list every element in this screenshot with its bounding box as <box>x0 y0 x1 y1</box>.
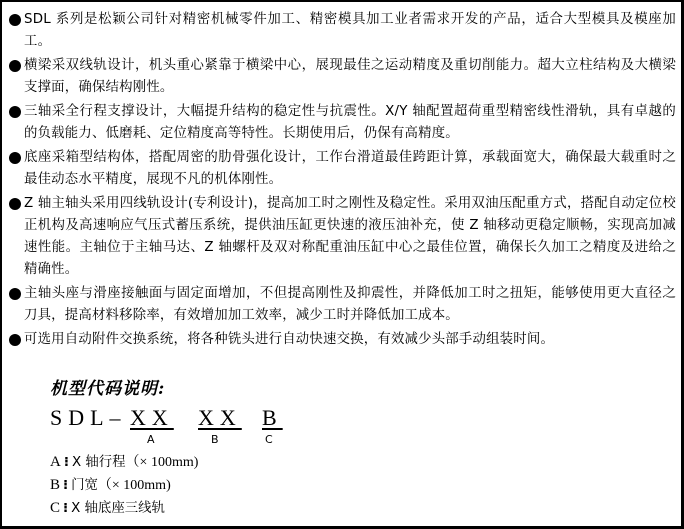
bullet-icon <box>9 198 21 210</box>
feature-item: 底座采箱型结构体，搭配周密的肋骨强化设计，工作台滑道最佳跨距计算，承载面宽大，确… <box>8 147 676 191</box>
feature-text: SDL 系列是松颖公司针对精密机械零件加工、精密模具加工业者需求开发的产品，适合… <box>24 12 676 49</box>
bullet-icon <box>9 334 21 346</box>
segment-label-a: A <box>147 433 155 446</box>
feature-text: 横梁采双线轨设计，机头重心紧靠于横梁中心，展现最佳之运动精度及重切削能力。超大立… <box>24 58 676 95</box>
legend-key: A <box>50 454 61 470</box>
model-code-labels: A B C <box>50 430 198 448</box>
model-code-segment-b: XX <box>198 406 242 430</box>
feature-item: Z 轴主轴头采用四线轨设计(专利设计)，提高加工时之刚性及稳定性。采用双油压配重… <box>8 193 676 281</box>
model-code-legend: A⁝X 轴行程（× 100mm) B⁝门宽（× 100mm) C⁝X 轴底座三线… <box>50 451 198 520</box>
colon-icon: ⁝ <box>64 455 69 470</box>
model-code-title: 机型代码说明: <box>50 376 198 402</box>
bullet-icon <box>9 106 21 118</box>
legend-unit: （× 100mm) <box>98 478 171 493</box>
document-frame: SDL 系列是松颖公司针对精密机械零件加工、精密模具加工业者需求开发的产品，适合… <box>0 0 684 529</box>
legend-desc: X 轴行程 <box>72 455 126 470</box>
feature-text: 可选用自动附件交换系统，将各种铣头进行自动快速交换，有效减少头部手动组装时间。 <box>24 332 554 347</box>
legend-row: A⁝X 轴行程（× 100mm) <box>50 451 198 474</box>
feature-text: Z 轴主轴头采用四线轨设计(专利设计)，提高加工时之刚性及稳定性。采用双油压配重… <box>24 196 676 277</box>
bullet-icon <box>9 14 21 26</box>
bullet-icon <box>9 60 21 72</box>
bullet-icon <box>9 288 21 300</box>
feature-item: 三轴采全行程支撑设计，大幅提升结构的稳定性与抗震性。X/Y 轴配置超荷重型精密线… <box>8 101 676 145</box>
feature-text: 三轴采全行程支撑设计，大幅提升结构的稳定性与抗震性。X/Y 轴配置超荷重型精密线… <box>24 104 676 141</box>
legend-desc: 门宽 <box>71 478 98 493</box>
legend-key: B <box>50 477 60 493</box>
legend-key: C <box>50 500 60 516</box>
feature-item: 横梁采双线轨设计，机头重心紧靠于横梁中心，展现最佳之运动精度及重切削能力。超大立… <box>8 55 676 99</box>
legend-row: C⁝X 轴底座三线轨 <box>50 497 198 520</box>
feature-item: 主轴头座与滑座接触面与固定面增加，不但提高刚性及抑震性，并降低加工时之扭矩，能够… <box>8 283 676 327</box>
legend-unit: （× 100mm) <box>126 455 199 470</box>
feature-item: 可选用自动附件交换系统，将各种铣头进行自动快速交换，有效减少头部手动组装时间。 <box>8 329 676 351</box>
model-code-segment-c: B <box>262 406 283 430</box>
legend-row: B⁝门宽（× 100mm) <box>50 474 198 497</box>
segment-label-b: B <box>211 433 219 446</box>
segment-label-c: C <box>265 433 273 446</box>
model-code-prefix: SDL– <box>50 406 127 430</box>
model-code-line: SDL– XX XX B <box>50 406 198 430</box>
model-code-section: 机型代码说明: SDL– XX XX B A B C A⁝X 轴行程（× 100… <box>50 376 198 520</box>
feature-list: SDL 系列是松颖公司针对精密机械零件加工、精密模具加工业者需求开发的产品，适合… <box>8 9 676 353</box>
legend-desc: X 轴底座三线轨 <box>71 501 165 516</box>
feature-text: 主轴头座与滑座接触面与固定面增加，不但提高刚性及抑震性，并降低加工时之扭矩，能够… <box>24 286 676 323</box>
colon-icon: ⁝ <box>63 501 68 516</box>
colon-icon: ⁝ <box>63 478 68 493</box>
bullet-icon <box>9 152 21 164</box>
feature-item: SDL 系列是松颖公司针对精密机械零件加工、精密模具加工业者需求开发的产品，适合… <box>8 9 676 53</box>
model-code-segment-a: XX <box>130 406 174 430</box>
feature-text: 底座采箱型结构体，搭配周密的肋骨强化设计，工作台滑道最佳跨距计算，承载面宽大，确… <box>24 150 676 187</box>
